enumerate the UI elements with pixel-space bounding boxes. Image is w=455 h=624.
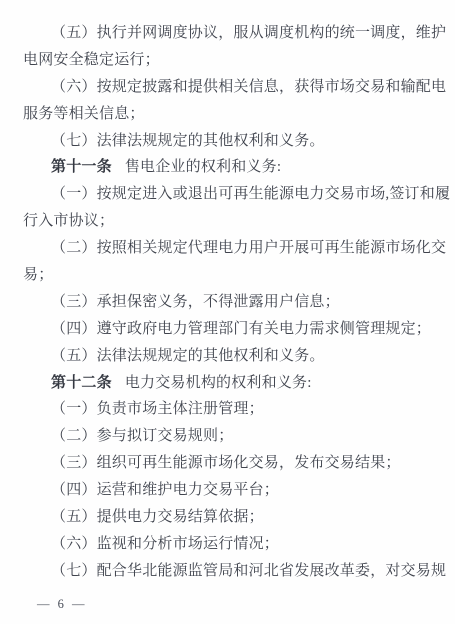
text-line: （三）承担保密义务，不得泄露用户信息； [23, 289, 431, 316]
text-line: （三）组织可再生能源市场化交易，发布交易结果； [23, 450, 431, 477]
text-line: （四）遵守政府电力管理部门有关电力需求侧管理规定； [23, 316, 431, 343]
document-body: （五）执行并网调度协议，服从调度机构的统一调度，维护 电网安全稳定运行； （六）… [23, 20, 431, 585]
text-line: （五）执行并网调度协议，服从调度机构的统一调度，维护 [23, 20, 431, 47]
article-heading: 第十一条售电企业的权利和义务: [23, 154, 431, 181]
text-line: （五）提供电力交易结算依据； [23, 504, 431, 531]
text-line: 服务等相关信息； [23, 101, 431, 128]
text-line: （六）按规定披露和提供相关信息，获得市场交易和输配电 [23, 74, 431, 101]
article-title: 电力交易机构的权利和义务: [125, 375, 312, 391]
article-title: 售电企业的权利和义务: [125, 159, 281, 175]
text-line: （一）按规定进入或退出可再生能源电力交易市场,签订和履 [23, 181, 431, 208]
text-line: （六）监视和分析市场运行情况； [23, 531, 431, 558]
text-line: （七）法律法规规定的其他权利和义务。 [23, 128, 431, 155]
article-number: 第十一条 [51, 159, 112, 175]
text-line: （五）法律法规规定的其他权利和义务。 [23, 343, 431, 370]
document-page: （五）执行并网调度协议，服从调度机构的统一调度，维护 电网安全稳定运行； （六）… [0, 0, 455, 624]
text-line: （四）运营和维护电力交易平台； [23, 477, 431, 504]
page-number: — 6 — [37, 597, 87, 612]
text-line: （二）按照相关规定代理电力用户开展可再生能源市场化交 [23, 235, 431, 262]
text-line: （一）负责市场主体注册管理； [23, 396, 431, 423]
article-heading: 第十二条电力交易机构的权利和义务: [23, 370, 431, 397]
text-line: （二）参与拟订交易规则； [23, 423, 431, 450]
text-line: 行入市协议； [23, 208, 431, 235]
text-line: （七）配合华北能源监管局和河北省发展改革委，对交易规 [23, 558, 431, 585]
article-number: 第十二条 [51, 375, 112, 391]
text-line: 电网安全稳定运行； [23, 47, 431, 74]
text-line: 易； [23, 262, 431, 289]
